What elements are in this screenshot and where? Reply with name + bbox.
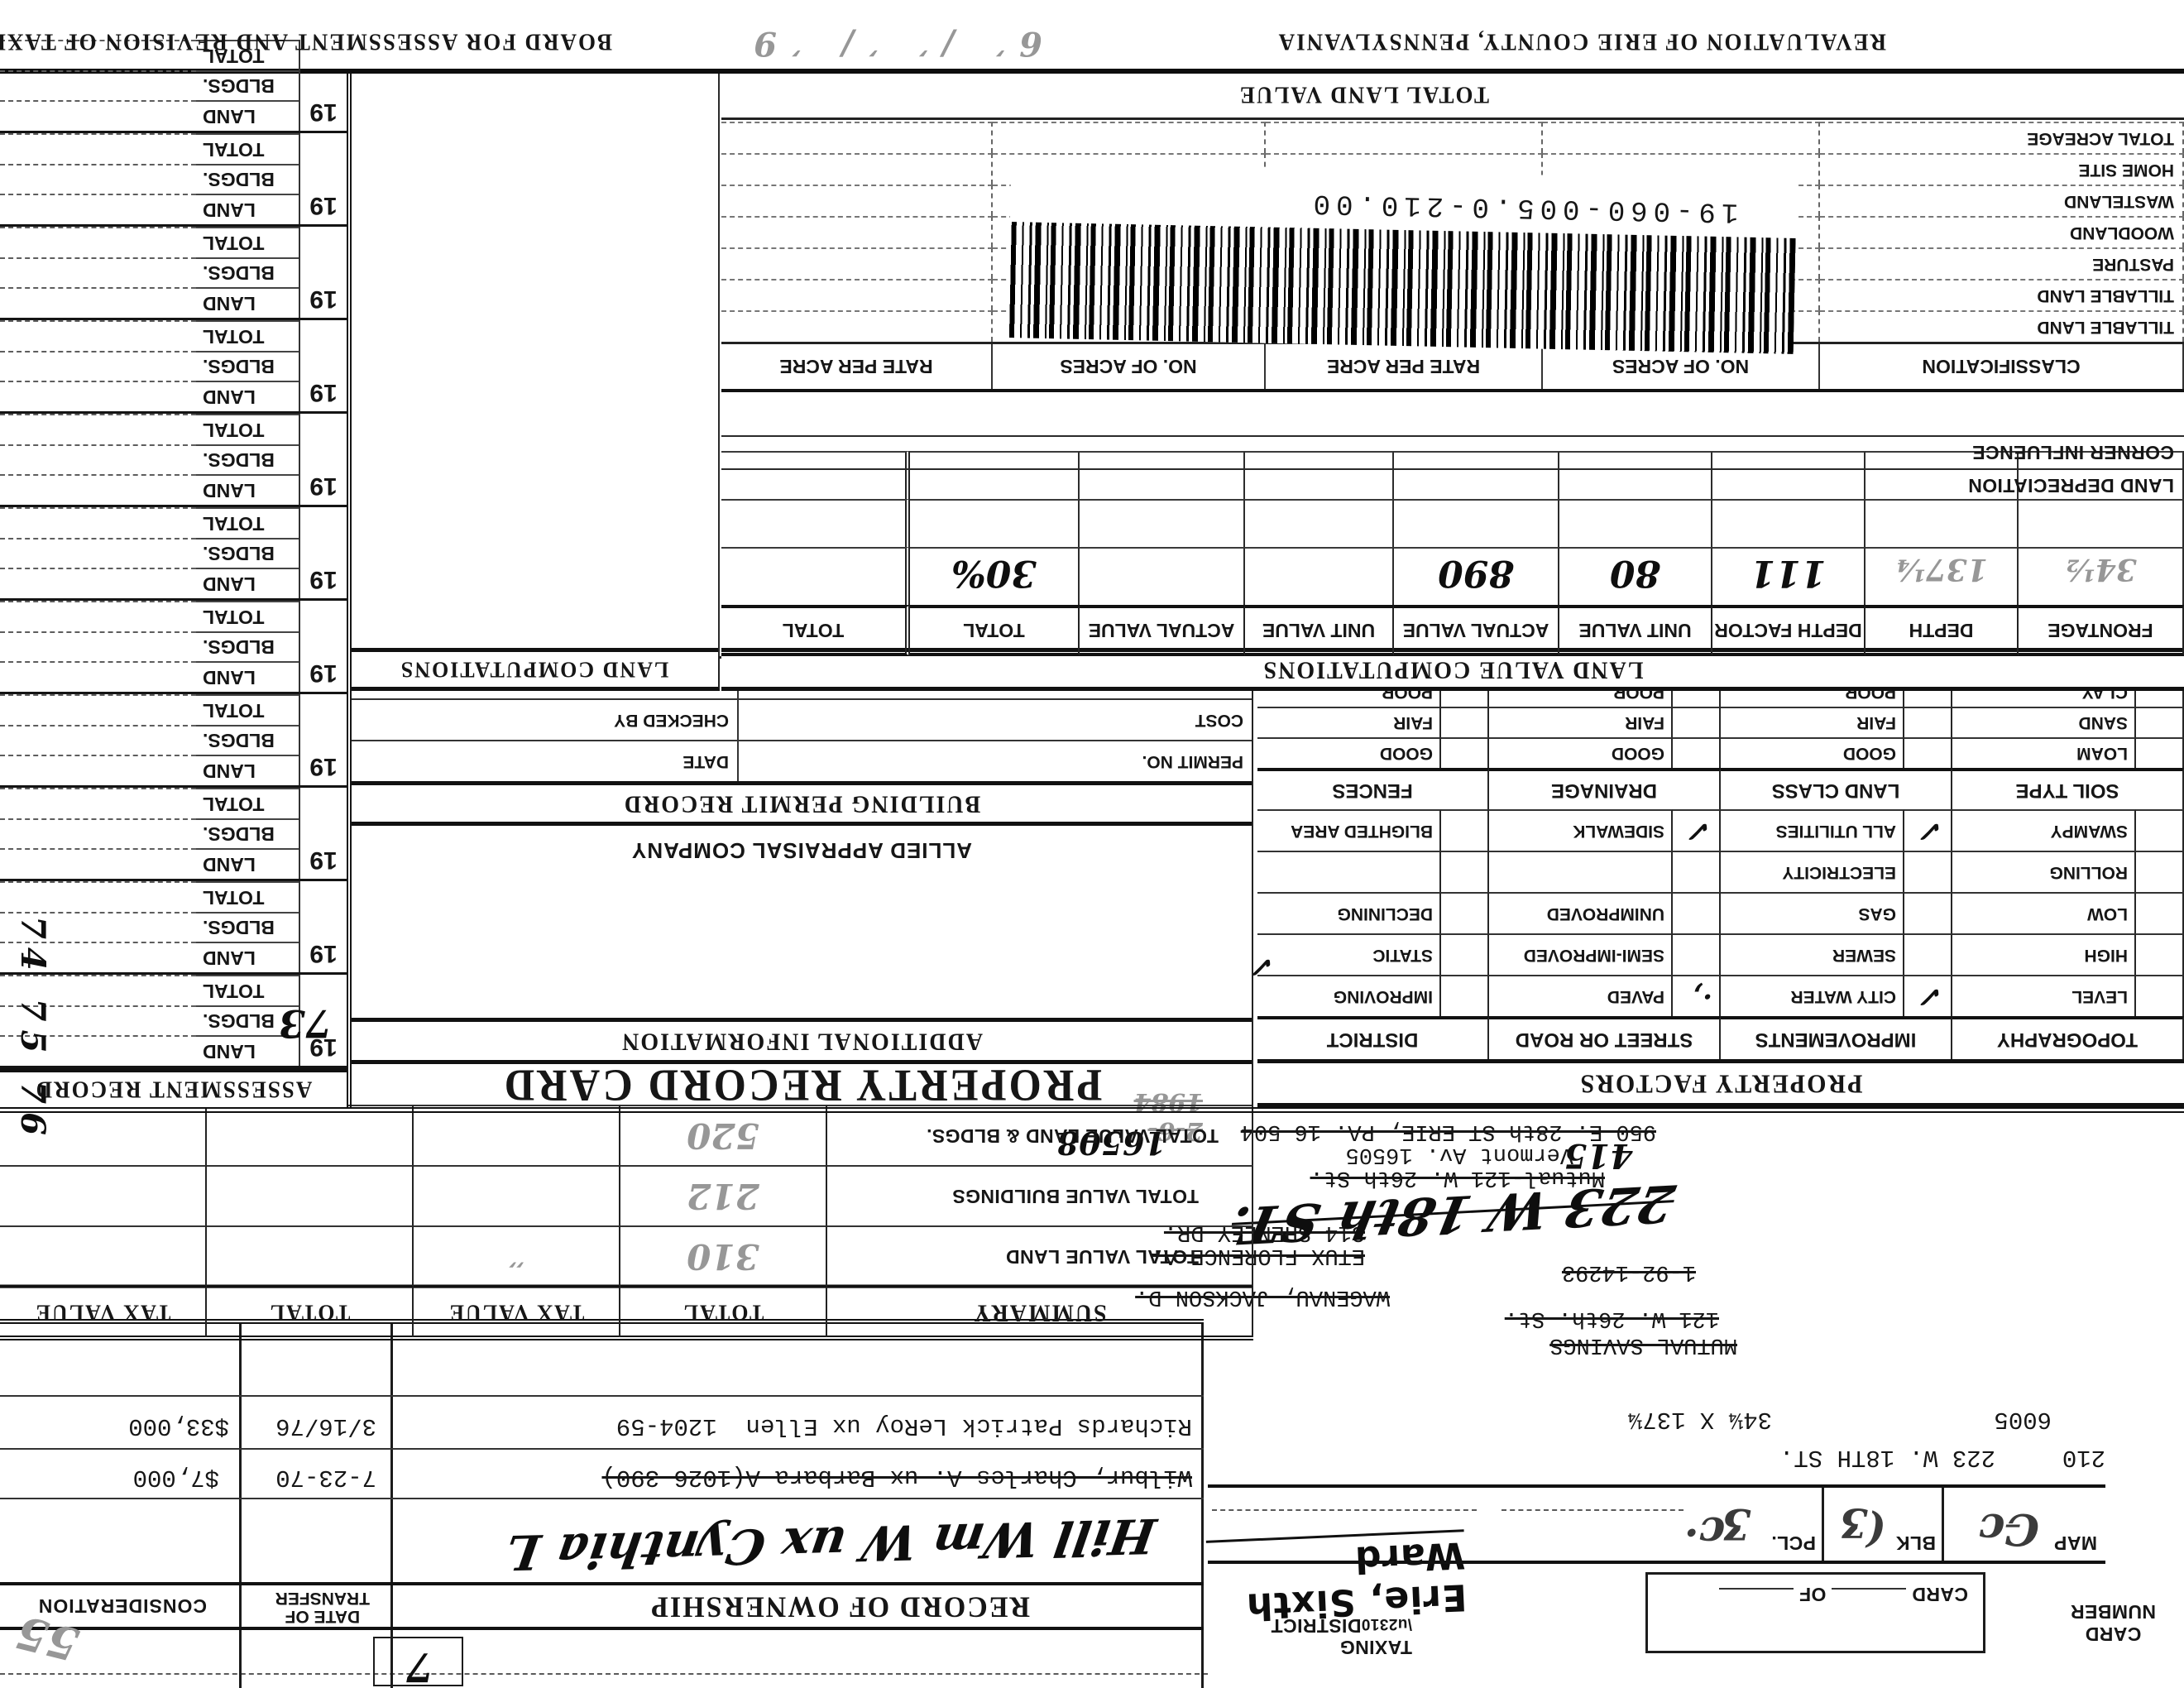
assessment-label-land: LAND [196, 661, 299, 692]
factor-check-cell [1904, 892, 1952, 933]
factor-check-cell [1441, 892, 1489, 933]
footer-pencil-scribble: 6′ /′ ′/ ′9 [739, 24, 1042, 63]
assessment-label-land: LAND [196, 381, 299, 411]
card-number-label: CARD NUMBER [2071, 1600, 2156, 1645]
assessment-label-bldgs-: BLDGS. [196, 444, 299, 475]
map-cell: MAP C̵c [1942, 1488, 2105, 1561]
factor-label-blighted-area: BLIGHTED AREA [1257, 809, 1441, 851]
factor-label-sand: SAND [1952, 707, 2136, 737]
factor-check-cell [1904, 737, 1952, 768]
factor-check-cell [1441, 707, 1489, 737]
factor-check-cell [1441, 851, 1489, 892]
lvc-value-total_pct: 30% [951, 549, 1037, 594]
assessment-label-total: TOTAL [196, 601, 299, 631]
lvc-title: LAND VALUE COMPUTATIONS [1262, 655, 1644, 683]
summary-row-land-bldgs: TOTAL VALUE LAND & BLDGS. [827, 1105, 1253, 1165]
factor-label-declining: DECLINING [1257, 892, 1441, 933]
factors-header-topography: TOPOGRAPHY [1952, 1016, 2184, 1059]
factor-label-loam: LOAM [1952, 737, 2136, 768]
lvc-header-total: TOTAL [910, 605, 1080, 656]
factor-check-cell: ·, [1673, 975, 1721, 1016]
assessment-year-group: 19LANDBLDGS.TOTAL [0, 227, 347, 320]
factor-label-unimproved: UNIMPROVED [1489, 892, 1673, 933]
classification-row-total-acreage: TOTAL ACREAGE [721, 122, 2184, 153]
factor-label-low: LOW [1952, 892, 2136, 933]
lvc-value-cell: 111 [1712, 547, 1865, 605]
lvc-value-cell: 80 [1559, 547, 1712, 605]
parcel-number: 19-060-005.0-210.00 [1307, 187, 1738, 228]
lvc-header-total: TOTAL [721, 605, 910, 656]
map-label: MAP [2054, 1532, 2097, 1554]
blk-scribble: (ʒ [1843, 1507, 1886, 1556]
situs-lot-size: 34¼ X 137¼ [1628, 1406, 1772, 1433]
assessment-value-lines [0, 788, 196, 879]
lvc-blank-cell [1394, 499, 1559, 547]
factor-check-cell [1441, 737, 1489, 768]
assessment-label-bldgs-: BLDGS. [196, 164, 299, 194]
lvc-blank-cell [1559, 499, 1712, 547]
classification-header-no-of-acres: NO. OF ACRES [993, 344, 1266, 389]
factor-check-cell [2136, 737, 2184, 768]
factor-check-cell [1904, 933, 1952, 975]
factor-check-cell [2136, 892, 2184, 933]
assessment-label-bldgs-: BLDGS. [196, 351, 299, 381]
classification-label: HOME SITE [1820, 153, 2184, 185]
addr-950-e-28th: 950 E. 28th ST ERIE, PA. 16 504 [1241, 1119, 1656, 1144]
map-blk-pcl-row: MAP C̵c BLK (ʒ PCL. ʒc· [1208, 1488, 2105, 1564]
date-of-transfer-label: DATE OFTRANSFER [275, 1589, 370, 1625]
classification-value-cell [721, 310, 993, 342]
factor-label-static: STATIC [1257, 933, 1441, 975]
factor-check-cell [1441, 933, 1489, 975]
owner-row-handwritten: Hill Wm W ux Cynthia L [502, 1508, 1160, 1580]
assessment-label-total: TOTAL [196, 227, 299, 257]
factor-check-cell [2136, 975, 2184, 1016]
lvc-header-row: FRONTAGEDEPTHDEPTH FACTORUNIT VALUEACTUA… [721, 605, 2184, 656]
lvc-value-cell: 890 [1394, 547, 1559, 605]
classification-header-rate-per-acre: RATE PER ACRE [721, 344, 993, 389]
factor-check-cell [1673, 707, 1721, 737]
addr-26th-st: 121 W. 26th. St. [1505, 1306, 1719, 1331]
factor-label-electricity: ELECTRICITY [1721, 851, 1904, 892]
lvc-blank-cell [1712, 499, 1865, 547]
factor-label-sidewalk: SIDEWALK [1489, 809, 1673, 851]
summary-land-tax-value: ′′ [509, 1240, 524, 1273]
assessment-year-cell: 19 [299, 601, 347, 692]
blk-label: BLK [1896, 1532, 1936, 1554]
lvc-value-cell: 34½ [2019, 547, 2184, 605]
assessment-year-cell: 19 [299, 227, 347, 318]
permit-no-label: PERMIT NO. [1142, 751, 1252, 771]
assessment-year-cell: 1973 [299, 975, 347, 1066]
factor-label-level: LEVEL [1952, 975, 2136, 1016]
classification-value-cell [721, 122, 993, 153]
assessment-value-lines [0, 133, 196, 224]
assessment-label-land: LAND [196, 474, 299, 505]
card-number-line1: CARD [2085, 1623, 2141, 1645]
classification-header-rate-per-acre: RATE PER ACRE [1266, 344, 1543, 389]
assessment-year-group: 19LANDBLDGS.TOTAL [0, 788, 347, 881]
factor-check-cell [1904, 851, 1952, 892]
factor-label-city-water: CITY WATER [1721, 975, 1904, 1016]
classification-value-cell [721, 185, 993, 216]
assessment-label-bldgs-: BLDGS. [196, 538, 299, 568]
land-computations-box [352, 72, 720, 656]
property-factors-table1: TOPOGRAPHYIMPROVEMENTSSTREET OR ROADDIST… [1257, 809, 2184, 1059]
lvc-value-cell: 137¼ [1865, 547, 2019, 605]
summary-col-taxvalue2: TAX VALUE [0, 1285, 207, 1337]
summary-table: SUMMARY TOTAL TAX VALUE TOTAL TAX VALUE … [0, 1105, 1253, 1340]
classification-label: PASTURE [1820, 247, 2184, 279]
owner-row-date: 3/16/76 [275, 1412, 376, 1440]
lvc-value-cell [1080, 547, 1245, 605]
assessment-label-land: LAND [196, 942, 299, 972]
total-land-value-label: TOTAL LAND VALUE [1238, 81, 1489, 108]
factor-check-cell [1904, 707, 1952, 737]
assessment-value-lines [0, 507, 196, 598]
assessment-year-group: 19LANDBLDGS.TOTAL [0, 320, 347, 414]
assessment-label-bldgs-: BLDGS. [196, 818, 299, 849]
lvc-header-frontage: FRONTAGE [2019, 605, 2184, 656]
factor-check-cell [1673, 737, 1721, 768]
factor-check-cell [2136, 809, 2184, 851]
assessment-label-land: LAND [196, 100, 299, 131]
assessment-label-bldgs-: BLDGS. [196, 70, 299, 101]
assessment-label-total: TOTAL [196, 881, 299, 912]
map-scribble: C̵c [1979, 1503, 2039, 1554]
assessment-value-lines [0, 601, 196, 692]
lvc-blank-cell [1245, 499, 1394, 547]
classification-label: WASTELAND [1820, 185, 2184, 216]
situs-house-no: 210 [2062, 1444, 2105, 1471]
factor-check-cell [2136, 851, 2184, 892]
factor-check-cell [1673, 851, 1721, 892]
classification-value-cell [721, 247, 993, 279]
property-factors: PROPERTY FACTORS TOPOGRAPHYIMPROVEMENTSS… [1257, 676, 2184, 1107]
property-record-card-scan: CARD NUMBER CARD OF TAXING \u2310DISTRIC… [0, 0, 2184, 1688]
lvc-value-frontage: 34½ [2064, 549, 2137, 587]
factor-label-semi-improved: SEMI-IMPROVED [1489, 933, 1673, 975]
assessment-year-cell: 19 [299, 133, 347, 224]
ownership-title: RECORD OF OWNERSHIP [649, 1590, 1030, 1623]
corner-influence-label: CORNER INFLUENCE [1972, 441, 2174, 463]
assessment-value-lines: 74 75 76 [0, 975, 196, 1066]
factors-header-fences: FENCES [1257, 768, 1489, 809]
factor-check-cell [2136, 933, 2184, 975]
factor-check-cell [1673, 892, 1721, 933]
checkmark-paved: ·, [1693, 980, 1712, 1013]
factor-check-cell [1441, 809, 1489, 851]
additional-information-bar: ADDITIONAL INFORMATION [352, 1018, 1252, 1064]
classification-value-cell [993, 122, 1266, 153]
assessment-label-total: TOTAL [196, 507, 299, 538]
assessment-value-lines [0, 320, 196, 411]
factor-label-all-utilities: ALL UTILITIES [1721, 809, 1904, 851]
card-of-label: CARD OF [1719, 1583, 1968, 1605]
classification-value-cell [1266, 122, 1543, 153]
summary-col-taxvalue: TAX VALUE [414, 1285, 620, 1337]
summary-col-total: TOTAL [620, 1285, 827, 1337]
lvc-value-depth: 137¼ [1894, 549, 1988, 587]
summary-landbldgs-total-value: 520 [687, 1115, 759, 1156]
factor-label-blank [1257, 851, 1441, 892]
total-land-value-row: TOTAL LAND VALUE [721, 71, 2184, 120]
assessment-label-total: TOTAL [196, 694, 299, 725]
situs-street: 223 W. 18TH ST. [1779, 1444, 1995, 1471]
factor-label-good: GOOD [1721, 737, 1904, 768]
factor-label-fair: FAIR [1489, 707, 1673, 737]
assessment-value-lines [0, 881, 196, 972]
owner-row-name: Richards Patrick LeRoy ux Ellen 1204-59 [616, 1412, 1192, 1440]
blk-cell: BLK (ʒ [1822, 1488, 1944, 1561]
owner-row-date: 7-23-70 [275, 1464, 376, 1491]
factor-label-paved: PAVED [1489, 975, 1673, 1016]
factors-header-soil-type: SOIL TYPE [1952, 768, 2184, 809]
lvc-blank-cell [910, 499, 1080, 547]
addr-mutual-savings: MUTUAL SAVINGS [1549, 1332, 1737, 1357]
building-permit-record-bar: BUILDING PERMIT RECORD [352, 781, 1252, 826]
corner-influence-row: CORNER INFLUENCE [721, 435, 2184, 470]
lvc-header-unit-value: UNIT VALUE [1559, 605, 1712, 656]
addr-mutual2: Mutual-121 W. 26th St. [1310, 1165, 1605, 1190]
classification-value-cell [721, 216, 993, 247]
factor-check-cell [2136, 707, 2184, 737]
record-of-ownership: RECORD OF OWNERSHIP DATE OFTRANSFER CONS… [0, 1319, 1204, 1688]
assessment-label-bldgs-: BLDGS. [196, 912, 299, 942]
lvc-blank-cell [721, 499, 910, 547]
summary-bldgs-total-value: 212 [687, 1176, 759, 1216]
classification-value-cell [721, 153, 993, 185]
summary-col-total2: TOTAL [207, 1285, 414, 1337]
pcl-dash-line [1212, 1509, 1477, 1511]
assessment-year-group: 19LANDBLDGS.TOTAL [0, 601, 347, 694]
assessment-label-land: LAND [196, 848, 299, 879]
footer: REVALUATION OF ERIE COUNTY, PENNSYLVANIA… [0, 0, 2184, 68]
assessment-year-group: 1973LANDBLDGS.TOTAL74 75 76 [0, 975, 347, 1068]
pcl-label: PCL. [1771, 1532, 1816, 1554]
classification-header-row: CLASSIFICATIONNO. OF ACRESRATE PER ACREN… [721, 342, 2184, 392]
addr-vermont: Vermont Av. 16505 [1346, 1142, 1573, 1167]
lvc-header-unit-value: UNIT VALUE [1245, 605, 1394, 656]
assessment-year-group: 19LANDBLDGS.TOTAL [0, 133, 347, 227]
classification-header-classification: CLASSIFICATION [1820, 344, 2184, 389]
assessment-year-cell: 19 [299, 507, 347, 598]
assessment-label-total: TOTAL [196, 788, 299, 818]
checkmark-sidewalk: ✓ [1689, 814, 1713, 847]
classification-label: TILLABLE LAND [1820, 279, 2184, 310]
lvc-value-depth_factor: 111 [1751, 549, 1827, 594]
property-factors-title: PROPERTY FACTORS [1257, 1059, 2184, 1107]
land-depreciation-label: LAND DEPRECIATION [1968, 474, 2174, 496]
factor-label-gas: GAS [1721, 892, 1904, 933]
checkmark-all-utilities: ✓ [1921, 814, 1945, 847]
assessment-label-land: LAND [196, 194, 299, 224]
land-computations-title: LAND COMPUTATIONS [400, 656, 669, 683]
assessment-value-lines [0, 227, 196, 318]
summary-row-buildings: TOTAL VALUE BUILDINGS [827, 1165, 1253, 1225]
factors-header-improvements: IMPROVEMENTS [1721, 1016, 1952, 1059]
assessment-year-group: 19LANDBLDGS.TOTAL [0, 694, 347, 788]
factor-label-fair: FAIR [1721, 707, 1904, 737]
factors-header-land-class: LAND CLASS [1721, 768, 1952, 809]
factor-check-cell: ✓ [1904, 809, 1952, 851]
assessment-value-lines [0, 414, 196, 505]
assessment-label-total: TOTAL [196, 414, 299, 444]
assessment-label-bldgs-: BLDGS. [196, 725, 299, 755]
lvc-header-actual-value: ACTUAL VALUE [1394, 605, 1559, 656]
static-margin-check: ✓ [1252, 950, 1276, 983]
lvc-blank-cell [1080, 499, 1245, 547]
lvc-value-unit_value: 80 [1610, 549, 1660, 594]
situs-code: 6005 [1994, 1406, 2052, 1433]
classification-value-cell [721, 279, 993, 310]
property-factors-table2: SOIL TYPELAND CLASSDRAINAGEFENCESLOAMGOO… [1257, 676, 2184, 809]
factor-check-cell [1441, 975, 1489, 1016]
parcel-barcode-block: 19-060-005.0-210.00 [1008, 164, 1797, 354]
permit-cost-label: COST [1195, 710, 1252, 730]
permit-date-label: DATE [682, 751, 737, 771]
assessment-year-cell: 19 [299, 694, 347, 785]
checkmark-city-water: ✓ [1921, 980, 1945, 1013]
property-record-card-title: PROPERTY RECORD CARD [501, 1059, 1102, 1111]
factor-check-cell [1673, 933, 1721, 975]
factor-label-sewer: SEWER [1721, 933, 1904, 975]
lvc-blank-cell [1865, 499, 2019, 547]
factors-header-street-or-road: STREET OR ROAD [1489, 1016, 1721, 1059]
footer-revaluation-title: REVALUATION OF ERIE COUNTY, PENNSYLVANIA [1277, 28, 1886, 55]
assessment-divider-rule [347, 72, 352, 1107]
lvc-header-depth: DEPTH [1865, 605, 2019, 656]
assessment-year-cell: 19 [299, 881, 347, 972]
small-note-box: 7 [373, 1637, 463, 1686]
lvc-value-actual_value: 890 [1438, 549, 1514, 594]
allied-appraisal-company: ALLIED APPRAISAL COMPANY [631, 837, 972, 863]
factor-check-cell: ✓ [1673, 809, 1721, 851]
note-box-mark: 7 [406, 1643, 433, 1688]
classification-label: TOTAL ACREAGE [1820, 122, 2184, 153]
owner-row-consideration: $7,000 [133, 1464, 219, 1491]
factor-label-fair: FAIR [1257, 707, 1441, 737]
assessment-value-lines [0, 694, 196, 785]
card-number-line2: NUMBER [2071, 1601, 2156, 1623]
additional-information-box: ALLIED APPRAISAL COMPANY [352, 826, 1252, 1018]
assessment-year-73-handwritten: 73 [279, 1001, 332, 1046]
footer-board-title: BOARD FOR ASSESSMENT AND REVISION OF TAX… [0, 28, 612, 55]
consideration-label: CONSIDERATION [38, 1594, 207, 1617]
pcl-cell: PCL. ʒc· [1477, 1488, 1824, 1561]
assessment-record: ASSESSMENT RECORD 1973LANDBLDGS.TOTAL74 … [0, 40, 347, 1107]
assessment-label-bldgs-: BLDGS. [196, 257, 299, 288]
summary-land-total-value: 310 [687, 1236, 759, 1277]
factor-label-high: HIGH [1952, 933, 2136, 975]
assessment-year-cell: 19 [299, 414, 347, 505]
lvc-header-depth-factor: DEPTH FACTOR [1712, 605, 1865, 656]
summary-row-land: TOTAL VALUE LAND [827, 1225, 1253, 1286]
owner-row-name: Wilbur, Charles A. ux Barbara A(1026-390… [601, 1464, 1192, 1491]
factor-label-good: GOOD [1489, 737, 1673, 768]
classification-label: WOODLAND [1820, 216, 2184, 247]
factor-check-cell: ✓ [1904, 975, 1952, 1016]
assessment-year-cell: 19 [299, 788, 347, 879]
barcode [1008, 222, 1796, 354]
factor-label-blank [1489, 851, 1673, 892]
card-corner-block: CARD NUMBER CARD OF TAXING \u2310DISTRIC… [1208, 1407, 2184, 1688]
land-depreciation-row: LAND DEPRECIATION [721, 468, 2184, 503]
lvc-header-actual-value: ACTUAL VALUE [1080, 605, 1245, 656]
factor-label-good: GOOD [1257, 737, 1441, 768]
pcl-scribble: ʒc· [1684, 1507, 1750, 1557]
assessment-label-total: TOTAL [196, 320, 299, 351]
assessment-year-cell: 19 [299, 320, 347, 411]
lvc-value-cell [1245, 547, 1394, 605]
assessment-label-land: LAND [196, 568, 299, 598]
factor-label-rolling: ROLLING [1952, 851, 2136, 892]
classification-value-cell [1543, 122, 1820, 153]
factors-header-district: DISTRICT [1257, 1016, 1489, 1059]
assessment-label-total: TOTAL [196, 133, 299, 164]
owner-row-consideration: $33,000 [128, 1412, 229, 1440]
lvc-value-cell [721, 547, 910, 605]
factor-label-improving: IMPROVING [1257, 975, 1441, 1016]
assessment-label-bldgs-: BLDGS. [196, 631, 299, 662]
center-column: PROPERTY RECORD CARD ADDITIONAL INFORMAT… [352, 656, 1253, 1107]
assessment-year-group: 19LANDBLDGS.TOTAL [0, 881, 347, 975]
factors-header-drainage: DRAINAGE [1489, 768, 1721, 809]
lvc-values-row: 34½137¼1118089030% [721, 547, 2184, 605]
assessment-label-land: LAND [196, 755, 299, 785]
card-of-box: CARD OF [1645, 1572, 1985, 1653]
summary-title: SUMMARY [827, 1285, 1253, 1337]
assessment-label-land: LAND [196, 287, 299, 318]
assessment-year-group: 19LANDBLDGS.TOTAL [0, 414, 347, 507]
lvc-blank-cell [2019, 499, 2184, 547]
classification-label: TILLABLE LAND [1820, 310, 2184, 342]
lvc-value-cell: 30% [910, 547, 1080, 605]
addr-deed-no: 1-92-14293 [1562, 1259, 1696, 1284]
permit-checked-by-label: CHECKED BY [614, 710, 737, 730]
assessment-year-group: 19LANDBLDGS.TOTAL [0, 507, 347, 601]
factor-label-swampy: SWAMPY [1952, 809, 2136, 851]
